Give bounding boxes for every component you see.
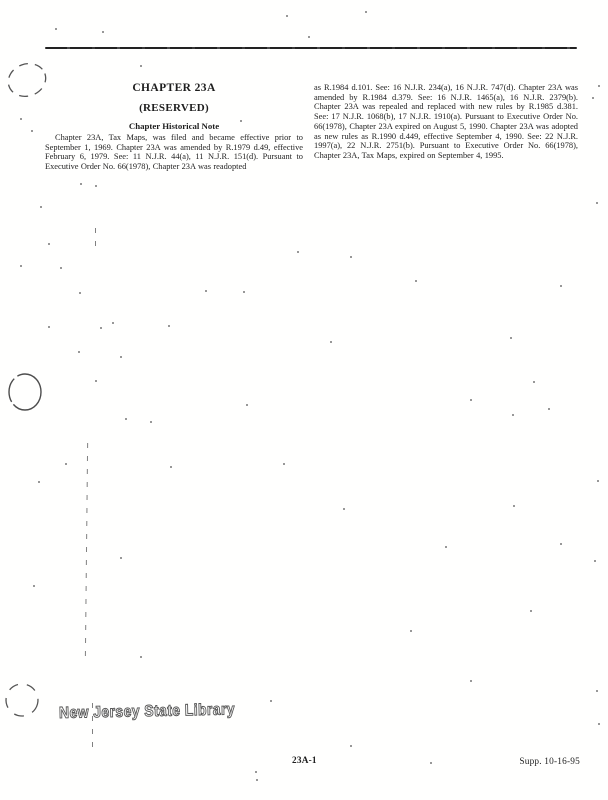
dust-speck <box>530 610 532 612</box>
dust-speck <box>596 202 598 204</box>
dust-speck <box>430 762 432 764</box>
dust-speck <box>120 356 122 358</box>
pen-circle-mark-bottom <box>3 680 45 724</box>
dust-speck <box>598 723 600 725</box>
dust-speck <box>168 325 170 327</box>
dust-speck <box>140 65 142 67</box>
dust-speck <box>256 779 258 781</box>
dust-speck <box>594 560 596 562</box>
dust-speck <box>330 341 332 343</box>
dust-speck <box>297 251 299 253</box>
chapter-title: CHAPTER 23A <box>45 82 303 94</box>
dust-speck <box>596 690 598 692</box>
dust-speck <box>78 351 80 353</box>
dust-speck <box>513 505 515 507</box>
left-column: CHAPTER 23A (RESERVED) Chapter Historica… <box>45 82 303 172</box>
historical-note-paragraph-right: as R.1984 d.101. See: 16 N.J.R. 234(a), … <box>314 83 578 161</box>
dust-speck <box>125 418 127 420</box>
dust-speck <box>255 771 257 773</box>
dust-speck <box>33 585 35 587</box>
supplement-date: Supp. 10-16-95 <box>500 757 580 767</box>
dust-speck <box>343 508 345 510</box>
dust-speck <box>205 290 207 292</box>
dust-speck <box>65 463 67 465</box>
dust-speck <box>95 185 97 187</box>
dust-speck <box>31 130 33 132</box>
dust-speck <box>445 546 447 548</box>
dust-speck <box>308 36 310 38</box>
right-column: as R.1984 d.101. See: 16 N.J.R. 234(a), … <box>314 81 578 161</box>
dust-speck <box>560 285 562 287</box>
dust-speck <box>510 337 512 339</box>
dust-speck <box>246 404 248 406</box>
dust-speck <box>79 292 81 294</box>
dust-speck <box>470 680 472 682</box>
dust-speck <box>592 97 594 99</box>
dust-speck <box>548 408 550 410</box>
dust-speck <box>415 280 417 282</box>
reserved-heading: (RESERVED) <box>45 102 303 114</box>
dust-speck <box>48 326 50 328</box>
dust-speck <box>560 543 562 545</box>
historical-note-heading: Chapter Historical Note <box>45 121 303 131</box>
fold-crease-mark <box>85 443 88 659</box>
dust-speck <box>270 700 272 702</box>
dust-speck <box>470 399 472 401</box>
dust-speck <box>240 120 242 122</box>
header-rule <box>45 47 577 49</box>
dust-speck <box>365 11 367 13</box>
dust-speck <box>150 421 152 423</box>
dust-speck <box>20 118 22 120</box>
historical-note-paragraph-left: Chapter 23A, Tax Maps, was filed and bec… <box>45 133 303 172</box>
dust-speck <box>48 243 50 245</box>
dust-speck <box>598 85 600 87</box>
dust-speck <box>350 256 352 258</box>
library-stamp: New Jersey State Library <box>55 692 256 728</box>
dust-speck <box>120 557 122 559</box>
dust-speck <box>410 630 412 632</box>
scanned-document-page: CHAPTER 23A (RESERVED) Chapter Historica… <box>0 0 608 800</box>
dust-speck <box>38 481 40 483</box>
dust-speck <box>102 31 104 33</box>
dust-speck <box>40 206 42 208</box>
dust-speck <box>55 28 57 30</box>
dust-speck <box>60 267 62 269</box>
dust-speck <box>170 466 172 468</box>
dust-speck <box>512 414 514 416</box>
dust-speck <box>112 322 114 324</box>
dust-speck <box>597 480 599 482</box>
dust-speck <box>533 381 535 383</box>
dust-speck <box>283 463 285 465</box>
dust-speck <box>350 745 352 747</box>
dust-speck <box>100 327 102 329</box>
dust-speck <box>286 15 288 17</box>
library-stamp-text: New Jersey State Library <box>59 701 235 722</box>
dust-speck <box>80 183 82 185</box>
dust-speck <box>20 265 22 267</box>
dust-speck <box>95 380 97 382</box>
fold-crease-mark <box>95 228 96 253</box>
dust-speck <box>140 656 142 658</box>
dust-speck <box>243 291 245 293</box>
pen-circle-mark-middle <box>6 372 46 414</box>
page-number: 23A-1 <box>292 756 317 766</box>
